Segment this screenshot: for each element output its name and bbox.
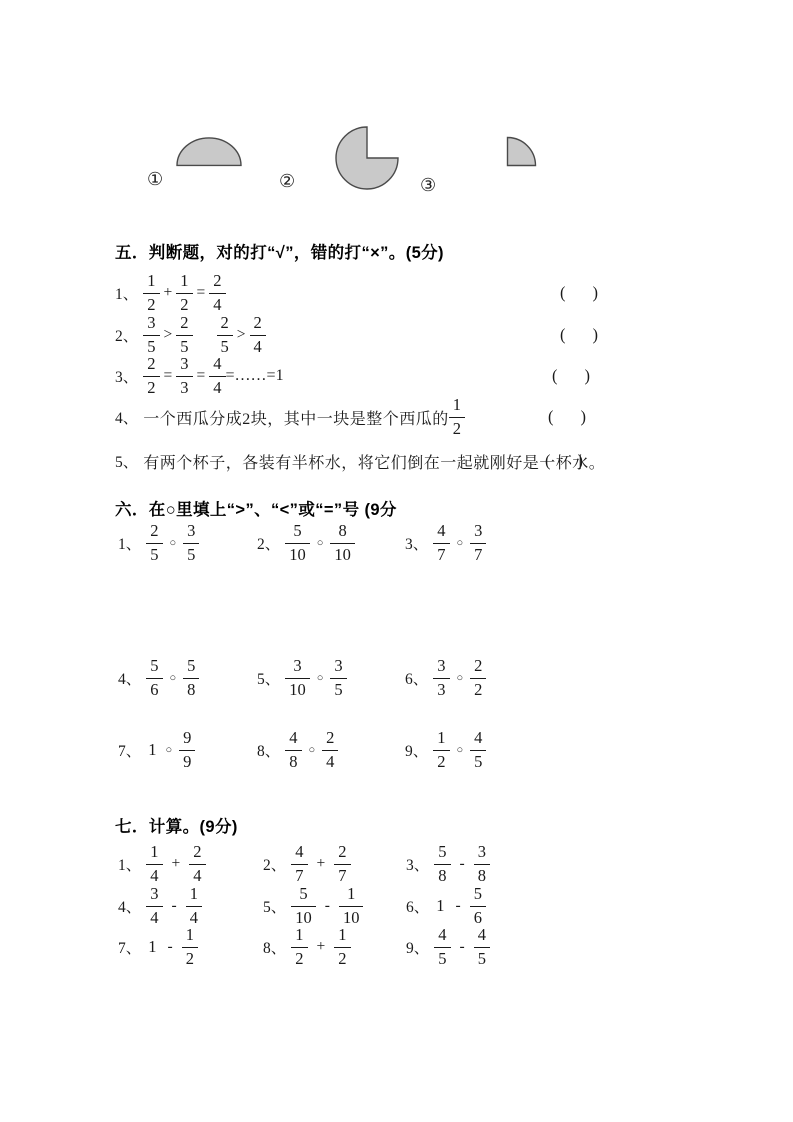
paren-open: ( — [560, 325, 566, 345]
plus-operator: + — [172, 855, 181, 873]
calc-item-2: 2、 47 + 27 — [263, 844, 406, 884]
fraction-denominator: 4 — [186, 906, 202, 927]
plus-operator: + — [317, 855, 326, 873]
fraction: 12 — [433, 730, 449, 770]
fraction: 27 — [334, 844, 350, 884]
fraction: 45 — [474, 927, 490, 967]
compare-item-8: 8、 48 ○ 24 — [257, 730, 405, 770]
equals-operator: = — [197, 367, 206, 385]
fraction-denominator: 4 — [209, 293, 225, 314]
fraction-numerator: 1 — [143, 273, 159, 293]
fraction-denominator: 2 — [182, 947, 198, 968]
greater-than-operator: > — [237, 326, 246, 344]
fraction: 99 — [179, 730, 195, 770]
fraction: 33 — [433, 658, 449, 698]
calc-row-2: 4、 34 - 14 5、 510 - 110 6、 1 - 56 — [118, 886, 658, 926]
fraction: 510 — [285, 523, 310, 563]
fraction-denominator: 5 — [176, 335, 192, 356]
question-number: 8、 — [263, 936, 286, 958]
calc-item-9: 9、 45 - 45 — [406, 927, 658, 967]
three-quarter-circle-shape-icon — [334, 125, 400, 191]
fraction-denominator: 5 — [330, 678, 346, 699]
paren-open: ( — [545, 451, 551, 471]
shape-label-1: ① — [147, 170, 163, 188]
fraction: 12 — [176, 273, 192, 313]
question-number: 9、 — [406, 936, 429, 958]
compare-item-3: 3、 47 ○ 37 — [405, 523, 658, 563]
fraction: 25 — [146, 523, 162, 563]
question-number: 8、 — [257, 739, 280, 761]
fraction-denominator: 5 — [434, 947, 450, 968]
equals-operator: = — [197, 284, 206, 302]
minus-operator: - — [460, 938, 465, 956]
fraction-denominator: 7 — [334, 864, 350, 885]
minus-operator: - — [460, 855, 465, 873]
answer-parentheses[interactable]: ( ) — [560, 283, 598, 303]
fraction-denominator: 10 — [291, 906, 316, 927]
fraction-denominator: 5 — [474, 947, 490, 968]
fraction-numerator: 3 — [143, 315, 159, 335]
fraction: 24 — [250, 315, 266, 355]
question-number: 5、 — [257, 667, 280, 689]
paren-close: ) — [593, 283, 599, 303]
fraction-numerator: 4 — [291, 844, 307, 864]
fraction: 35 — [143, 315, 159, 355]
compare-item-6: 6、 33 ○ 22 — [405, 658, 658, 698]
fraction: 56 — [146, 658, 162, 698]
fraction-numerator: 3 — [470, 523, 486, 543]
fraction-denominator: 2 — [291, 947, 307, 968]
compare-circle-slot[interactable]: ○ — [317, 672, 324, 684]
question-number: 1、 — [118, 853, 141, 875]
compare-row-1: 1、 25 ○ 35 2、 510 ○ 810 3、 47 ○ 37 — [118, 522, 658, 564]
compare-circle-slot[interactable]: ○ — [457, 672, 464, 684]
fraction-denominator: 8 — [434, 864, 450, 885]
question-number: 2、 — [257, 532, 280, 554]
question-number: 7、 — [118, 936, 141, 958]
fraction-numerator: 5 — [285, 523, 310, 543]
fraction-numerator: 2 — [217, 315, 233, 335]
fraction-denominator: 5 — [146, 543, 162, 564]
fraction: 12 — [143, 273, 159, 313]
fraction: 38 — [474, 844, 490, 884]
minus-operator: - — [456, 897, 461, 915]
question-number: 5、 — [115, 450, 138, 472]
fraction-numerator: 5 — [183, 658, 199, 678]
calc-row-1: 1、 14 + 24 2、 47 + 27 3、 58 - 38 — [118, 844, 658, 884]
fraction-denominator: 3 — [433, 678, 449, 699]
fraction: 35 — [183, 523, 199, 563]
compare-row-2: 4、 56 ○ 58 5、 310 ○ 35 6、 33 ○ 22 — [118, 657, 658, 699]
fraction: 14 — [186, 886, 202, 926]
fraction-denominator: 2 — [470, 678, 486, 699]
fraction-numerator: 5 — [434, 844, 450, 864]
paren-open: ( — [552, 366, 558, 386]
fraction-numerator: 5 — [470, 886, 486, 906]
fraction: 14 — [146, 844, 162, 884]
fraction-numerator: 2 — [322, 730, 338, 750]
worksheet-page: ① ② ③ 五．判断题，对的打“√”，错的打“×”。(5分) 1、 12 + 1… — [0, 0, 793, 1122]
fraction-denominator: 9 — [179, 750, 195, 771]
compare-circle-slot[interactable]: ○ — [166, 744, 173, 756]
fraction: 24 — [322, 730, 338, 770]
section7-heading: 七．计算。(9分) — [115, 813, 238, 837]
compare-circle-slot[interactable]: ○ — [170, 672, 177, 684]
fraction: 34 — [146, 886, 162, 926]
fraction-denominator: 5 — [217, 335, 233, 356]
fraction-denominator: 6 — [470, 906, 486, 927]
fraction-numerator: 4 — [434, 927, 450, 947]
fraction: 24 — [209, 273, 225, 313]
fraction: 12 — [334, 927, 350, 967]
paren-close: ) — [581, 407, 587, 427]
answer-parentheses[interactable]: ( ) — [548, 407, 586, 427]
calc-item-7: 7、 1 - 12 — [118, 927, 263, 967]
whole-number: 1 — [148, 937, 156, 957]
answer-parentheses[interactable]: ( ) — [552, 366, 590, 386]
fraction-denominator: 8 — [285, 750, 301, 771]
question-number: 2、 — [115, 324, 138, 346]
calc-item-5: 5、 510 - 110 — [263, 886, 406, 926]
fraction-denominator: 10 — [285, 678, 310, 699]
fraction: 35 — [330, 658, 346, 698]
ellipsis-equals-one: =……=1 — [226, 367, 284, 385]
fraction-numerator: 2 — [176, 315, 192, 335]
section5-heading: 五．判断题，对的打“√”，错的打“×”。(5分) — [115, 239, 444, 263]
answer-parentheses[interactable]: ( ) — [545, 451, 583, 471]
calc-item-4: 4、 34 - 14 — [118, 886, 263, 926]
fraction-denominator: 7 — [433, 543, 449, 564]
minus-operator: - — [168, 938, 173, 956]
compare-circle-slot[interactable]: ○ — [317, 537, 324, 549]
compare-item-1: 1、 25 ○ 35 — [118, 523, 257, 563]
fraction: 47 — [291, 844, 307, 884]
fraction-numerator: 3 — [285, 658, 310, 678]
fraction-numerator: 2 — [250, 315, 266, 335]
judge-question-1: 1、 12 + 12 = 24 ( ) — [115, 272, 640, 314]
fraction-numerator: 2 — [189, 844, 205, 864]
fraction-numerator: 3 — [433, 658, 449, 678]
fraction-numerator: 4 — [474, 927, 490, 947]
fraction-numerator: 1 — [334, 927, 350, 947]
fraction-numerator: 2 — [470, 658, 486, 678]
paren-close: ) — [593, 325, 599, 345]
fraction-numerator: 4 — [470, 730, 486, 750]
fraction: 45 — [434, 927, 450, 967]
question-text: 有两个杯子，各装有半杯水，将它们倒在一起就刚好是一杯水。 — [143, 450, 605, 473]
fraction-numerator: 4 — [285, 730, 301, 750]
section6-heading: 六．在○里填上“>”、“<”或“=”号 (9分 — [115, 496, 397, 520]
question-number: 3、 — [405, 532, 428, 554]
fraction-denominator: 3 — [176, 376, 192, 397]
fraction: 12 — [182, 927, 198, 967]
fraction: 24 — [189, 844, 205, 884]
fraction: 25 — [176, 315, 192, 355]
calc-item-8: 8、 12 + 12 — [263, 927, 406, 967]
fraction-denominator: 7 — [470, 543, 486, 564]
fraction-numerator: 8 — [330, 523, 355, 543]
fraction-numerator: 2 — [143, 356, 159, 376]
fraction-numerator: 5 — [291, 886, 316, 906]
question-number: 9、 — [405, 739, 428, 761]
fraction: 510 — [291, 886, 316, 926]
shape-label-3: ③ — [420, 176, 436, 194]
fraction-numerator: 3 — [183, 523, 199, 543]
fraction: 33 — [176, 356, 192, 396]
question-number: 6、 — [406, 895, 429, 917]
fraction-denominator: 4 — [146, 906, 162, 927]
compare-circle-slot[interactable]: ○ — [170, 537, 177, 549]
answer-parentheses[interactable]: ( ) — [560, 325, 598, 345]
question-number: 5、 — [263, 895, 286, 917]
whole-number: 1 — [436, 896, 444, 916]
fraction: 45 — [470, 730, 486, 770]
fraction-numerator: 2 — [209, 273, 225, 293]
fraction: 12 — [291, 927, 307, 967]
paren-open: ( — [560, 283, 566, 303]
judge-question-4: 4、 一个西瓜分成2块，其中一块是整个西瓜的 12 ( ) — [115, 395, 640, 439]
question-text: 一个西瓜分成2块，其中一块是整个西瓜的 — [143, 406, 449, 429]
fraction-numerator: 1 — [186, 886, 202, 906]
question-number: 1、 — [115, 282, 138, 304]
minus-operator: - — [172, 897, 177, 915]
judge-question-3: 3、 22 = 33 = 44 =……=1 ( ) — [115, 355, 640, 397]
fraction-denominator: 8 — [474, 864, 490, 885]
question-number: 3、 — [406, 853, 429, 875]
fraction-numerator: 2 — [334, 844, 350, 864]
fraction-denominator: 4 — [209, 376, 225, 397]
judge-question-5: 5、 有两个杯子，各装有半杯水，将它们倒在一起就刚好是一杯水。 ( ) — [115, 450, 640, 472]
fraction-denominator: 7 — [291, 864, 307, 885]
judge-question-2: 2、 35 > 25 25 > 24 ( ) — [115, 314, 640, 356]
fraction-denominator: 4 — [189, 864, 205, 885]
question-number: 4、 — [118, 895, 141, 917]
fraction-numerator: 4 — [433, 523, 449, 543]
paren-open: ( — [548, 407, 554, 427]
plus-operator: + — [164, 284, 173, 302]
equals-operator: = — [164, 367, 173, 385]
fraction-numerator: 9 — [179, 730, 195, 750]
fraction-denominator: 2 — [176, 293, 192, 314]
fraction-numerator: 1 — [182, 927, 198, 947]
fraction-denominator: 10 — [285, 543, 310, 564]
fraction-denominator: 6 — [146, 678, 162, 699]
compare-circle-slot[interactable]: ○ — [457, 744, 464, 756]
compare-circle-slot[interactable]: ○ — [309, 744, 316, 756]
compare-item-5: 5、 310 ○ 35 — [257, 658, 405, 698]
fraction-denominator: 8 — [183, 678, 199, 699]
calc-row-3: 7、 1 - 12 8、 12 + 12 9、 45 - 45 — [118, 927, 658, 967]
fraction: 44 — [209, 356, 225, 396]
fraction: 37 — [470, 523, 486, 563]
fraction-numerator: 1 — [146, 844, 162, 864]
calc-item-6: 6、 1 - 56 — [406, 886, 658, 926]
fraction-numerator: 5 — [146, 658, 162, 678]
fraction: 58 — [183, 658, 199, 698]
fraction-denominator: 4 — [322, 750, 338, 771]
shape-label-2: ② — [279, 172, 295, 190]
fraction: 110 — [339, 886, 364, 926]
quarter-circle-shape-icon — [506, 136, 537, 167]
fraction-numerator: 3 — [474, 844, 490, 864]
fraction-numerator: 1 — [291, 927, 307, 947]
question-number: 4、 — [118, 667, 141, 689]
fraction-denominator: 4 — [250, 335, 266, 356]
fraction: 310 — [285, 658, 310, 698]
fraction: 48 — [285, 730, 301, 770]
fraction: 25 — [217, 315, 233, 355]
compare-item-2: 2、 510 ○ 810 — [257, 523, 405, 563]
fraction: 12 — [449, 397, 465, 437]
fraction-numerator: 3 — [330, 658, 346, 678]
compare-circle-slot[interactable]: ○ — [457, 537, 464, 549]
semicircle-shape-icon — [175, 136, 243, 167]
fraction-numerator: 1 — [339, 886, 364, 906]
fraction-numerator: 1 — [176, 273, 192, 293]
fraction-numerator: 3 — [176, 356, 192, 376]
calc-item-3: 3、 58 - 38 — [406, 844, 658, 884]
question-number: 7、 — [118, 739, 141, 761]
question-number: 4、 — [115, 406, 138, 428]
fraction: 58 — [434, 844, 450, 884]
fraction-numerator: 4 — [209, 356, 225, 376]
fraction-denominator: 10 — [339, 906, 364, 927]
compare-item-7: 7、 1 ○ 99 — [118, 730, 257, 770]
paren-close: ) — [578, 451, 584, 471]
fraction-numerator: 1 — [433, 730, 449, 750]
paren-close: ) — [585, 366, 591, 386]
fraction: 56 — [470, 886, 486, 926]
compare-item-9: 9、 12 ○ 45 — [405, 730, 658, 770]
fraction-numerator: 1 — [449, 397, 465, 417]
fraction: 22 — [143, 356, 159, 396]
greater-than-operator: > — [164, 326, 173, 344]
question-number: 2、 — [263, 853, 286, 875]
fraction-denominator: 5 — [183, 543, 199, 564]
fraction-denominator: 2 — [433, 750, 449, 771]
compare-item-4: 4、 56 ○ 58 — [118, 658, 257, 698]
whole-number: 1 — [148, 740, 156, 760]
compare-row-3: 7、 1 ○ 99 8、 48 ○ 24 9、 12 ○ 45 — [118, 729, 658, 771]
question-number: 6、 — [405, 667, 428, 689]
fraction-denominator: 4 — [146, 864, 162, 885]
fraction: 22 — [470, 658, 486, 698]
calc-item-1: 1、 14 + 24 — [118, 844, 263, 884]
fraction-numerator: 3 — [146, 886, 162, 906]
fraction: 47 — [433, 523, 449, 563]
question-number: 3、 — [115, 365, 138, 387]
fraction-denominator: 2 — [143, 376, 159, 397]
fraction-denominator: 2 — [334, 947, 350, 968]
fraction-denominator: 5 — [470, 750, 486, 771]
fraction-denominator: 5 — [143, 335, 159, 356]
plus-operator: + — [317, 938, 326, 956]
fraction: 810 — [330, 523, 355, 563]
question-number: 1、 — [118, 532, 141, 554]
fraction-denominator: 10 — [330, 543, 355, 564]
fraction-numerator: 2 — [146, 523, 162, 543]
fraction-denominator: 2 — [143, 293, 159, 314]
fraction-denominator: 2 — [449, 417, 465, 438]
minus-operator: - — [325, 897, 330, 915]
